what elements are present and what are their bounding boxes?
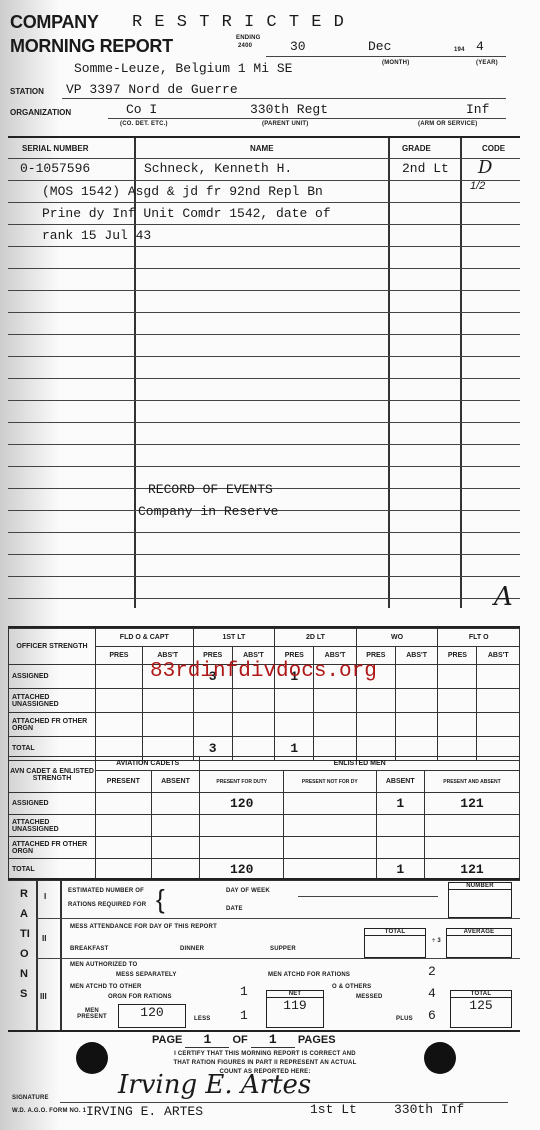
men-present-label: MEN PRESENT	[74, 1008, 110, 1020]
enlisted-subheader: PRESENT NOT FOR DY	[284, 771, 376, 793]
form-title-company: COMPANY	[10, 12, 99, 33]
mess-total-label: TOTAL	[365, 929, 425, 936]
ruled-line	[8, 444, 520, 445]
ruled-line	[8, 158, 520, 159]
enlisted-subheader: PRESENT	[96, 771, 152, 793]
location-line: Somme-Leuze, Belgium 1 Mi SE	[74, 61, 292, 76]
page-count: PAGE 1 OF 1 PAGES	[152, 1032, 336, 1048]
ruled-line	[8, 378, 520, 379]
supper-label: SUPPER	[270, 946, 296, 952]
others-1: O & OTHERS	[332, 984, 371, 990]
ruled-line	[8, 224, 520, 225]
signer-grade: 1st Lt	[310, 1102, 357, 1117]
officer-subheader: PRES	[438, 647, 477, 665]
officer-subheader: ABS'T	[477, 647, 520, 665]
enlisted-cell	[376, 815, 424, 837]
of-label: OF	[232, 1034, 247, 1046]
initial-mark: A	[494, 582, 513, 612]
atchd-other-2: ORGN FOR RATIONS	[108, 994, 172, 1000]
enlisted-row: ASSIGNED1201121	[9, 793, 520, 815]
officer-cell	[477, 689, 520, 713]
officer-cell	[438, 665, 477, 689]
enlisted-subheader: PRESENT FOR DUTY	[200, 771, 284, 793]
enlisted-row-label: ATTACHED FR OTHER ORGN	[9, 837, 96, 859]
enlisted-cell	[284, 837, 376, 859]
form-reference: W.D. A.G.O. FORM NO. 1	[12, 1108, 86, 1114]
dinner-label: DINNER	[180, 946, 204, 952]
group-aviation-cadets: AVIATION CADETS	[96, 757, 200, 771]
net-value: 119	[267, 998, 323, 1013]
officer-cell	[96, 713, 143, 737]
group-2d-lt: 2D LT	[275, 629, 357, 647]
enlisted-cell	[200, 815, 284, 837]
less-value: 1	[240, 1008, 248, 1023]
caption-company: (CO. DET. ETC.)	[120, 121, 168, 127]
atchd-rations-value: 2	[428, 964, 436, 979]
ruled-line	[8, 466, 520, 467]
caption-parent: (PARENT UNIT)	[262, 121, 308, 127]
ruled-line	[8, 268, 520, 269]
enlisted-cell	[284, 793, 376, 815]
enlisted-cell: 1	[376, 793, 424, 815]
enlisted-row: ATTACHED FR OTHER ORGN	[9, 837, 520, 859]
rations-side-label: RATIONS	[20, 884, 30, 1004]
report-month: Dec	[368, 39, 391, 54]
roster-serial: 0-1057596	[20, 161, 90, 176]
signature-label: SIGNATURE	[12, 1095, 49, 1101]
enlisted-cell: 120	[200, 793, 284, 815]
station-value: VP 3397 Nord de Guerre	[66, 82, 238, 97]
enlisted-row: ATTACHED UNASSIGNED	[9, 815, 520, 837]
roster-code: D	[478, 157, 492, 178]
ration-total-box: TOTAL 125	[450, 990, 512, 1028]
caption-arm: (ARM OR SERVICE)	[418, 121, 477, 127]
officer-subheader: ABS'T	[395, 647, 437, 665]
roster-name: Schneck, Kenneth H.	[144, 161, 292, 176]
enlisted-cell	[96, 837, 152, 859]
plus-label: PLUS	[396, 1016, 413, 1022]
number-label: NUMBER	[449, 883, 511, 890]
form-title-morning-report: MORNING REPORT	[10, 36, 173, 57]
atchd-rations-label: MEN ATCHD FOR RATIONS	[268, 972, 350, 978]
enlisted-cell	[151, 815, 200, 837]
year-prefix: 194	[454, 47, 465, 53]
classification-stamp: R E S T R I C T E D	[132, 13, 345, 32]
officer-cell	[314, 713, 356, 737]
remark-line-2: Prine dy Inf Unit Comdr 1542, date of	[42, 206, 331, 221]
officer-cell	[275, 713, 314, 737]
officer-cell	[395, 689, 437, 713]
officer-row-label: ASSIGNED	[9, 665, 96, 689]
officer-cell	[193, 713, 232, 737]
ruled-line	[8, 290, 520, 291]
officer-cell	[438, 713, 477, 737]
group-flt-o: FLT O	[438, 629, 520, 647]
signature-script: Irving E. Artes	[118, 1070, 311, 1100]
officer-cell	[193, 689, 232, 713]
section-3-number: III	[40, 992, 47, 1001]
enlisted-cell	[96, 793, 152, 815]
ending-label: ENDING	[236, 35, 261, 41]
sec1-text-1: ESTIMATED NUMBER OF	[68, 888, 144, 894]
officer-cell	[232, 713, 274, 737]
enlisted-subheader: ABSENT	[376, 771, 424, 793]
ruled-line	[8, 598, 520, 599]
officer-cell	[142, 689, 193, 713]
ruled-line	[8, 312, 520, 313]
others-value: 4	[428, 986, 436, 1001]
code-note: 1/2	[470, 180, 485, 192]
group-wo: WO	[356, 629, 438, 647]
signer-unit: 330th Inf	[394, 1102, 464, 1117]
enlisted-cell	[424, 815, 519, 837]
plus-value: 6	[428, 1008, 436, 1023]
officer-cell	[96, 665, 143, 689]
officer-cell	[395, 713, 437, 737]
brace: {	[156, 884, 165, 915]
enlisted-cell	[284, 815, 376, 837]
remark-line-1: (MOS 1542) Asgd & jd fr 92nd Repl Bn	[42, 184, 323, 199]
ruled-line	[8, 202, 520, 203]
page-label: PAGE	[152, 1034, 182, 1046]
officer-cell	[438, 689, 477, 713]
watermark: 83rdinfdivdocs.org	[150, 660, 377, 683]
enlisted-cell	[424, 837, 519, 859]
ruled-line	[8, 422, 520, 423]
officer-cell	[477, 665, 520, 689]
average-box: AVERAGE	[446, 928, 512, 958]
officer-strength-title: OFFICER STRENGTH	[9, 629, 96, 665]
pages-label: PAGES	[298, 1034, 336, 1046]
net-label: NET	[267, 991, 323, 998]
station-label: STATION	[10, 87, 44, 96]
auth-sep-1: MEN AUTHORIZED TO	[70, 962, 137, 968]
mess-total-box: TOTAL	[364, 928, 426, 958]
men-present-value: 120	[119, 1005, 185, 1020]
record-of-events-title: RECORD OF EVENTS	[148, 482, 273, 497]
ruled-line	[8, 400, 520, 401]
officer-subheader: PRES	[96, 647, 143, 665]
page-total: 1	[251, 1032, 295, 1048]
ruled-line	[8, 246, 520, 247]
enlisted-row-label: ATTACHED UNASSIGNED	[9, 815, 96, 837]
ruled-line	[8, 532, 520, 533]
organization-label: ORGANIZATION	[10, 108, 71, 117]
officer-cell	[96, 689, 143, 713]
officer-cell	[275, 689, 314, 713]
enlisted-cell: 121	[424, 793, 519, 815]
officer-row-label: ATTACHED UNASSIGNED	[9, 689, 96, 713]
col-code: CODE	[482, 144, 505, 153]
date-label: DATE	[226, 906, 243, 912]
section-2-number: II	[42, 934, 46, 943]
average-label: AVERAGE	[447, 929, 511, 936]
officer-cell	[356, 689, 395, 713]
morning-report-page: COMPANY R E S T R I C T E D MORNING REPO…	[0, 0, 540, 1130]
enlisted-subheader: PRESENT AND ABSENT	[424, 771, 519, 793]
sec2-text: MESS ATTENDANCE FOR DAY OF THIS REPORT	[70, 924, 217, 930]
enlisted-row-label: ASSIGNED	[9, 793, 96, 815]
officer-row: ATTACHED UNASSIGNED	[9, 689, 520, 713]
less-label: LESS	[194, 1016, 210, 1022]
atchd-other-value: 1	[240, 984, 248, 999]
roster-grade: 2nd Lt	[402, 161, 449, 176]
col-name: NAME	[250, 144, 274, 153]
enlisted-cell	[376, 837, 424, 859]
binder-hole-right	[424, 1042, 456, 1074]
enlisted-cell	[96, 815, 152, 837]
section-1-number: I	[44, 892, 46, 901]
remark-line-3: rank 15 Jul 43	[42, 228, 151, 243]
enlisted-cell	[200, 837, 284, 859]
org-company: Co I	[126, 102, 157, 117]
officer-strength-table: OFFICER STRENGTH FLD O & CAPT 1ST LT 2D …	[8, 628, 520, 761]
enlisted-subheader: ABSENT	[151, 771, 200, 793]
officer-cell	[477, 713, 520, 737]
officer-cell	[395, 665, 437, 689]
ration-total-value: 125	[451, 998, 511, 1013]
col-serial-number: SERIAL NUMBER	[22, 144, 89, 153]
rations-section: RATIONS I ESTIMATED NUMBER OF RATIONS RE…	[8, 878, 520, 1032]
ration-total-label: TOTAL	[451, 991, 511, 998]
ruled-line	[8, 180, 520, 181]
enlisted-cell	[151, 793, 200, 815]
enlisted-strength-table: AVN CADET & ENLISTED STRENGTH AVIATION C…	[8, 756, 520, 881]
year-caption: (YEAR)	[476, 60, 498, 66]
group-enlisted-men: ENLISTED MEN	[200, 757, 520, 771]
ruled-line	[8, 576, 520, 577]
group-1st-lt: 1ST LT	[193, 629, 275, 647]
ruled-line	[8, 554, 520, 555]
others-2: MESSED	[356, 994, 383, 1000]
officer-cell	[314, 689, 356, 713]
net-box: NET 119	[266, 990, 324, 1028]
ending-time-label: 2400	[238, 43, 252, 49]
breakfast-label: BREAKFAST	[70, 946, 108, 952]
report-day: 30	[290, 39, 306, 54]
org-parent-unit: 330th Regt	[250, 102, 328, 117]
signer-name: IRVING E. ARTES	[86, 1104, 203, 1119]
record-of-events-text: Company in Reserve	[138, 504, 278, 519]
sec1-text-2: RATIONS REQUIRED FOR	[68, 902, 146, 908]
officer-row-label: ATTACHED FR OTHER ORGN	[9, 713, 96, 737]
ruled-line	[8, 334, 520, 335]
page-number: 1	[185, 1032, 229, 1048]
report-year-digit: 4	[476, 39, 484, 54]
atchd-other-1: MEN ATCHD TO OTHER	[70, 984, 142, 990]
number-box: NUMBER	[448, 882, 512, 918]
org-arm: Inf	[466, 102, 489, 117]
group-fld-capt: FLD O & CAPT	[96, 629, 194, 647]
officer-cell	[232, 689, 274, 713]
officer-cell	[356, 713, 395, 737]
auth-sep-2: MESS SEPARATELY	[116, 972, 177, 978]
men-present-box: 120	[118, 1004, 186, 1028]
enlisted-cell	[151, 837, 200, 859]
divide-by-3: ÷ 3	[432, 938, 442, 944]
ruled-line	[8, 356, 520, 357]
binder-hole-left	[76, 1042, 108, 1074]
officer-cell	[142, 713, 193, 737]
officer-row: ATTACHED FR OTHER ORGN	[9, 713, 520, 737]
enlisted-strength-title: AVN CADET & ENLISTED STRENGTH	[9, 757, 96, 793]
day-of-week-label: DAY OF WEEK	[226, 888, 270, 894]
col-grade: GRADE	[402, 144, 431, 153]
month-caption: (MONTH)	[382, 60, 409, 66]
